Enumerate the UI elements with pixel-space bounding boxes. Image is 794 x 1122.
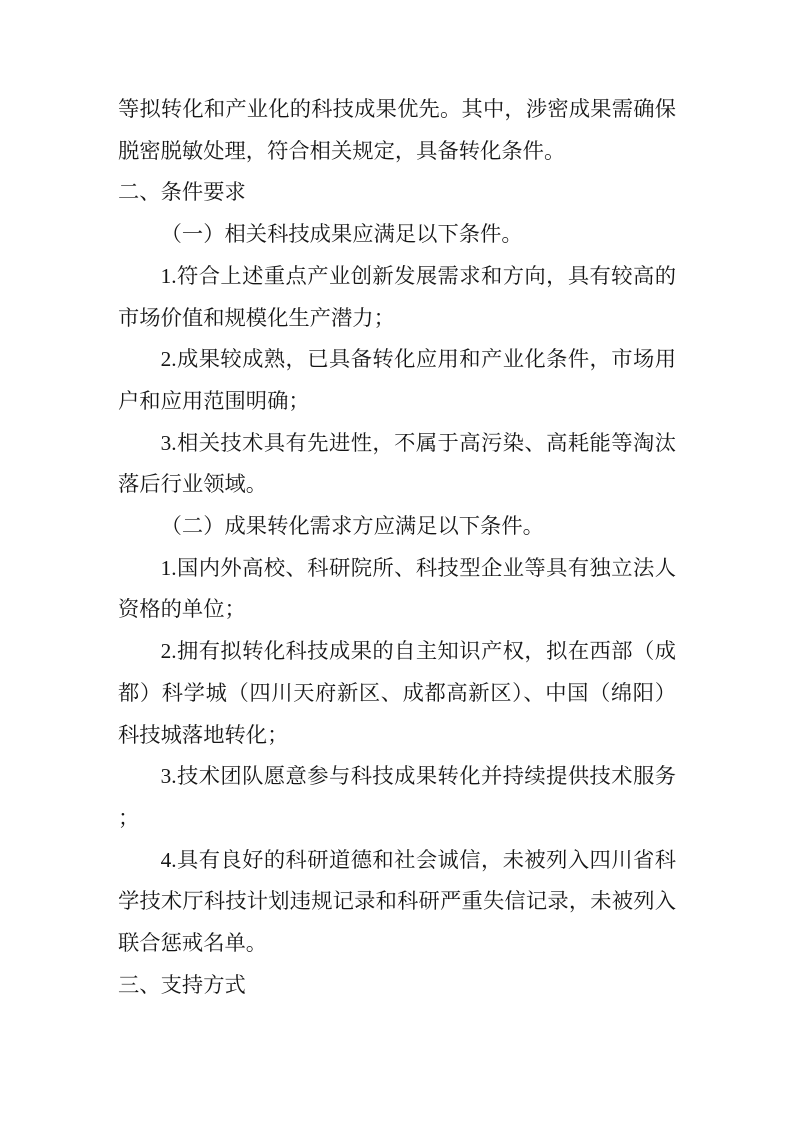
subsection-heading-2-2: （二）成果转化需求方应满足以下条件。 [118, 506, 676, 548]
paragraph-continuation: 等拟转化和产业化的科技成果优先。其中，涉密成果需确保脱密脱敏处理，符合相关规定，… [118, 89, 676, 172]
list-item-2-2-2: 2.拥有拟转化科技成果的自主知识产权，拟在西部（成都）科学城（四川天府新区、成都… [118, 631, 676, 756]
list-item-2-1-1: 1.符合上述重点产业创新发展需求和方向，具有较高的市场价值和规模化生产潜力； [118, 256, 676, 339]
list-item-2-1-2: 2.成果较成熟，已具备转化应用和产业化条件，市场用户和应用范围明确； [118, 339, 676, 422]
list-item-2-2-4: 4.具有良好的科研道德和社会诚信，未被列入四川省科学技术厅科技计划违规记录和科研… [118, 840, 676, 965]
list-item-2-2-1: 1.国内外高校、科研院所、科技型企业等具有独立法人资格的单位； [118, 548, 676, 631]
section-heading-3: 三、支持方式 [118, 965, 676, 1007]
document-page: 等拟转化和产业化的科技成果优先。其中，涉密成果需确保脱密脱敏处理，符合相关规定，… [0, 0, 794, 1122]
list-item-2-2-3: 3.技术团队愿意参与科技成果转化并持续提供技术服务； [118, 756, 676, 839]
list-item-2-1-3: 3.相关技术具有先进性，不属于高污染、高耗能等淘汰落后行业领域。 [118, 423, 676, 506]
section-heading-2: 二、条件要求 [118, 172, 676, 214]
subsection-heading-2-1: （一）相关科技成果应满足以下条件。 [118, 214, 676, 256]
document-text-block: 等拟转化和产业化的科技成果优先。其中，涉密成果需确保脱密脱敏处理，符合相关规定，… [118, 89, 676, 1006]
